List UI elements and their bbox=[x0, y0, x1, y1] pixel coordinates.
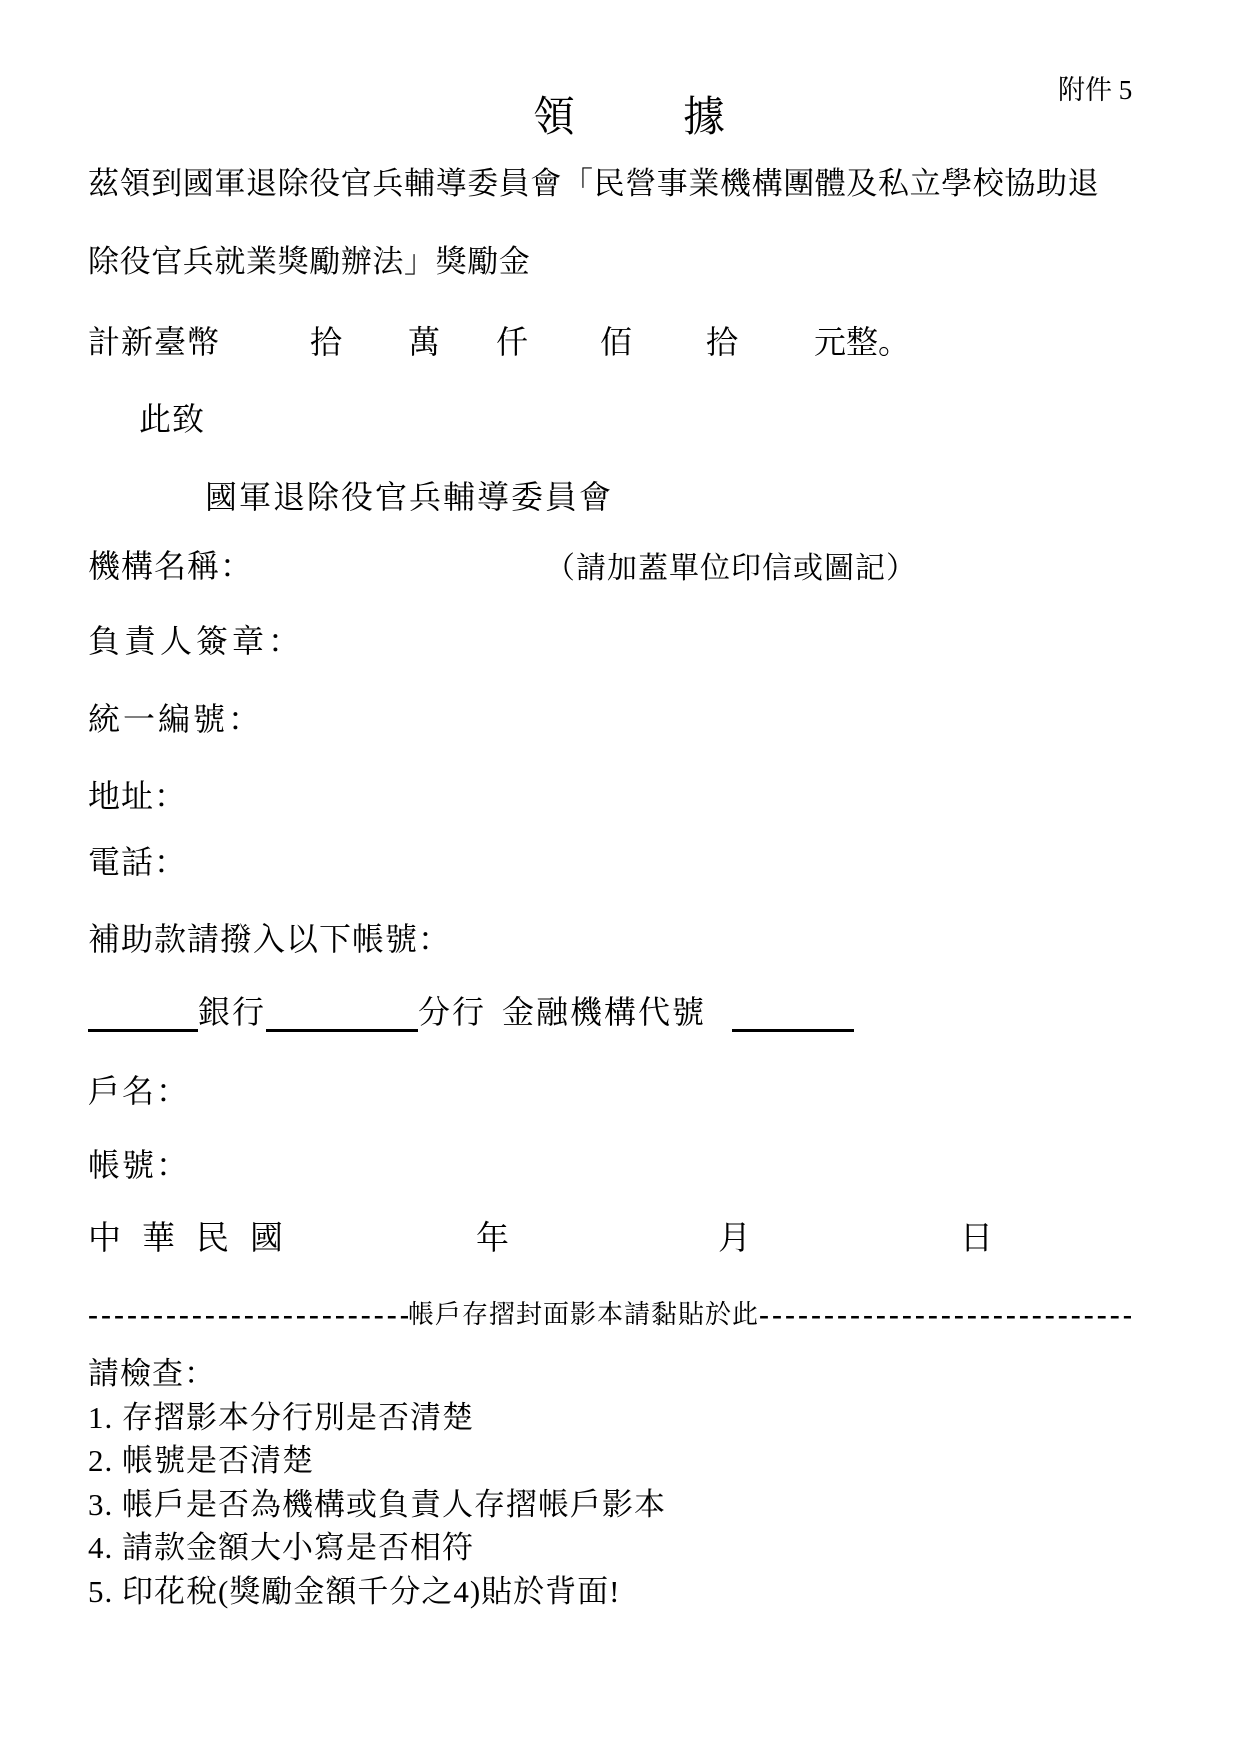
checklist-item: 1. 存摺影本分行別是否清楚 bbox=[88, 1396, 666, 1440]
attachment-label: 附件 5 bbox=[1058, 68, 1132, 107]
body-line-1: 茲領到國軍退除役官兵輔導委員會「民營事業機構團體及私立學校協助退 bbox=[88, 163, 1099, 205]
month-label: 月 bbox=[718, 1212, 751, 1259]
body-line-2: 除役官兵就業獎勵辦法」獎勵金 bbox=[88, 241, 530, 283]
amount-unit-thousand: 仟 bbox=[496, 317, 528, 363]
seal-note: （請加蓋單位印信或圖記） bbox=[545, 543, 917, 587]
bank-label: 銀行 bbox=[198, 992, 266, 1032]
era-label: 中華民國 bbox=[88, 1212, 304, 1259]
bank-account-line: 銀行 分行 金融機構代號 bbox=[88, 988, 854, 1032]
amount-unit-tenthousand: 萬 bbox=[408, 317, 440, 363]
receipt-document: 附件 5 領 據 茲領到國軍退除役官兵輔導委員會「民營事業機構團體及私立學校協助… bbox=[0, 0, 1241, 1755]
org-name-label: 機構名稱： bbox=[88, 541, 253, 587]
amount-suffix: 元整。 bbox=[814, 317, 910, 363]
amount-unit-ten-2: 拾 bbox=[706, 317, 738, 363]
bank-code-blank-field bbox=[732, 989, 854, 1032]
deposit-instruction: 補助款請撥入以下帳號： bbox=[88, 914, 451, 960]
cut-separator-line: ---------------------------- 帳戶存摺封面影本請黏貼… bbox=[88, 1297, 1118, 1333]
branch-label: 分行 bbox=[418, 992, 486, 1032]
address-label: 地址： bbox=[88, 771, 187, 817]
separator-dashes-left: ---------------------------- bbox=[88, 1297, 408, 1333]
date-line: 中華民國 年 月 日 bbox=[0, 1212, 1241, 1256]
checklist-item: 3. 帳戶是否為機構或負責人存摺帳戶影本 bbox=[88, 1483, 666, 1527]
branch-blank-field bbox=[266, 989, 418, 1032]
tax-id-label: 統一編號： bbox=[88, 694, 263, 740]
account-number-label: 帳號： bbox=[88, 1140, 190, 1186]
checklist-heading: 請檢查： bbox=[88, 1352, 666, 1396]
checklist: 請檢查： 1. 存摺影本分行別是否清楚 2. 帳號是否清楚 3. 帳戶是否為機構… bbox=[88, 1352, 666, 1613]
bank-name-blank-field bbox=[88, 989, 198, 1032]
amount-prefix: 計新臺幣 bbox=[88, 317, 220, 363]
document-title-char-1: 領 bbox=[533, 84, 575, 144]
phone-label: 電話： bbox=[88, 837, 187, 883]
separator-text: 帳戶存摺封面影本請黏貼於此 bbox=[408, 1297, 759, 1333]
separator-dashes-right: --------------------------------- bbox=[759, 1297, 1131, 1333]
day-label: 日 bbox=[960, 1212, 993, 1259]
recipient-name: 國軍退除役官兵輔導委員會 bbox=[205, 472, 613, 518]
bank-code-label: 金融機構代號 bbox=[502, 992, 706, 1032]
document-title-char-2: 據 bbox=[683, 84, 725, 144]
checklist-item: 4. 請款金額大小寫是否相符 bbox=[88, 1526, 666, 1570]
checklist-item: 5. 印花稅(獎勵金額千分之4)貼於背面! bbox=[88, 1570, 666, 1614]
salutation: 此致 bbox=[139, 394, 205, 440]
amount-line: 計新臺幣 拾 萬 仟 佰 拾 元整。 bbox=[0, 317, 1241, 361]
amount-unit-hundred: 佰 bbox=[600, 317, 632, 363]
checklist-item: 2. 帳號是否清楚 bbox=[88, 1439, 666, 1483]
year-label: 年 bbox=[476, 1212, 509, 1259]
amount-unit-ten: 拾 bbox=[310, 317, 342, 363]
signature-label: 負責人簽章： bbox=[88, 616, 304, 662]
account-name-label: 戶名： bbox=[88, 1066, 190, 1112]
